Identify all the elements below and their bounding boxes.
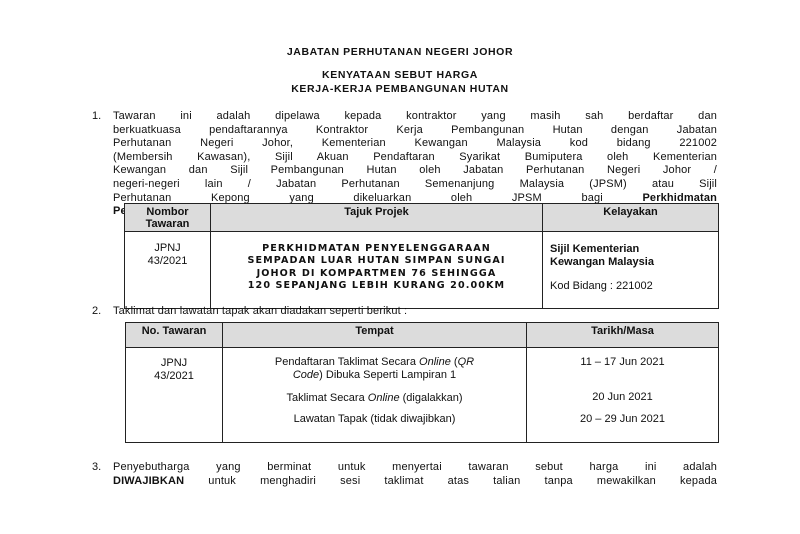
header-nombor-tawaran: Nombor Tawaran xyxy=(125,204,211,232)
table-row: JPNJ 43/2021 PERKHIDMATAN PENYELENGGARAA… xyxy=(125,232,719,309)
para3-line: DIWAJIBKAN untuk menghadiri sesi taklima… xyxy=(113,475,717,489)
table-header-row: No. Tawaran Tempat Tarikh/Masa xyxy=(126,323,719,348)
tempat-item: Taklimat Secara Online (digalakkan) xyxy=(223,392,526,405)
cell-tarikh-masa: 11 – 17 Jun 2021 20 Jun 2021 20 – 29 Jun… xyxy=(527,348,719,443)
notice-title: KENYATAAN SEBUT HARGA xyxy=(0,69,800,81)
tarikh-item: 20 – 29 Jun 2021 xyxy=(527,413,718,426)
para1-line: negeri-negeri lain / Jabatan Perhutanan … xyxy=(113,178,717,192)
para1-line: berkuatkuasa pendaftarannya Kontraktor K… xyxy=(113,124,717,138)
cell-kelayakan: Sijil Kementerian Kewangan Malaysia Kod … xyxy=(543,232,719,309)
header-no-tawaran: No. Tawaran xyxy=(126,323,223,348)
cell-nombor-tawaran: JPNJ 43/2021 xyxy=(125,232,211,309)
briefing-table: No. Tawaran Tempat Tarikh/Masa JPNJ 43/2… xyxy=(125,322,719,443)
para3-text: Penyebutharga yang berminat untuk menyer… xyxy=(113,461,717,488)
para1-line: (Membersih Kawasan), Sijil Akuan Pendaft… xyxy=(113,151,717,165)
header-tempat: Tempat xyxy=(223,323,527,348)
cell-no-tawaran: JPNJ 43/2021 xyxy=(126,348,223,443)
header-tajuk-projek: Tajuk Projek xyxy=(211,204,543,232)
header-tarikh-masa: Tarikh/Masa xyxy=(527,323,719,348)
para2-text: Taklimat dan lawatan tapak akan diadakan… xyxy=(113,305,407,319)
para3-number: 3. xyxy=(92,461,101,473)
project-table: Nombor Tawaran Tajuk Projek Kelayakan JP… xyxy=(124,203,719,309)
header-kelayakan: Kelayakan xyxy=(543,204,719,232)
para1-line: Tawaran ini adalah dipelawa kepada kontr… xyxy=(113,110,717,124)
para1-number: 1. xyxy=(92,110,101,122)
kod-bidang: Kod Bidang : 221002 xyxy=(550,280,718,293)
tarikh-item: 20 Jun 2021 xyxy=(527,391,718,404)
table-row: JPNJ 43/2021 Pendaftaran Taklimat Secara… xyxy=(126,348,719,443)
tarikh-item: 11 – 17 Jun 2021 xyxy=(527,356,718,369)
para2-number: 2. xyxy=(92,305,101,317)
table-header-row: Nombor Tawaran Tajuk Projek Kelayakan xyxy=(125,204,719,232)
department-heading: JABATAN PERHUTANAN NEGERI JOHOR xyxy=(0,46,800,58)
tempat-item: Pendaftaran Taklimat Secara Online (QR C… xyxy=(223,356,526,383)
cell-tempat: Pendaftaran Taklimat Secara Online (QR C… xyxy=(223,348,527,443)
notice-subtitle: KERJA-KERJA PEMBANGUNAN HUTAN xyxy=(0,83,800,95)
para1-line: Perhutanan Negeri Johor, Kementerian Kew… xyxy=(113,137,717,151)
para3-line: Penyebutharga yang berminat untuk menyer… xyxy=(113,461,717,475)
cell-tajuk-projek: PERKHIDMATAN PENYELENGGARAAN SEMPADAN LU… xyxy=(211,232,543,309)
tempat-item: Lawatan Tapak (tidak diwajibkan) xyxy=(223,413,526,426)
para1-line: Kewangan dan Sijil Pembangunan Hutan ole… xyxy=(113,164,717,178)
